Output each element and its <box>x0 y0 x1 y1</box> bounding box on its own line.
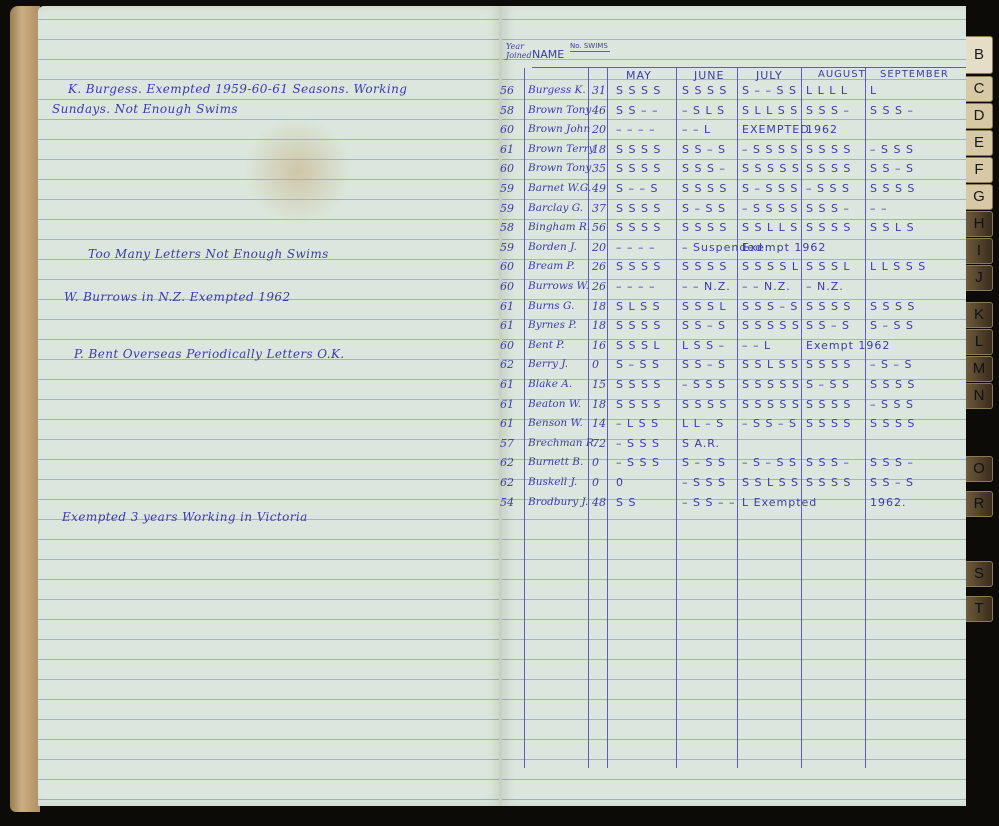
swims-count-cell: 18 <box>592 300 606 313</box>
notebook-cover-edge <box>10 6 40 812</box>
july-cell: S S L S S <box>742 476 799 489</box>
swims-count-cell: 14 <box>592 417 606 430</box>
year-joined-cell: 54 <box>500 496 514 509</box>
index-tab-n[interactable]: N <box>966 383 993 409</box>
note-too-many-letters: Too Many Letters Not Enough Swims <box>88 247 329 261</box>
july-cell: S S S S L <box>742 260 799 273</box>
september-cell: – S – S <box>870 358 912 371</box>
july-cell: S S S – S <box>742 300 798 313</box>
september-cell: S S – S <box>870 476 914 489</box>
september-cell: – S S S <box>870 398 914 411</box>
swims-count-cell: 56 <box>592 221 606 234</box>
member-name-cell: Barnet W.G. <box>528 182 591 194</box>
header-name: NAME <box>532 48 564 61</box>
year-joined-cell: 57 <box>500 437 514 450</box>
may-cell: S S S S <box>616 84 661 97</box>
august-cell: S S S S <box>806 398 851 411</box>
june-cell: – – N.Z. <box>682 280 731 293</box>
june-cell: S S – S <box>682 319 726 332</box>
header-month-june: JUNE <box>694 69 724 82</box>
september-cell: S S S S <box>870 300 915 313</box>
year-joined-cell: 56 <box>500 84 514 97</box>
column-rule <box>676 68 677 768</box>
august-cell: S S S S <box>806 162 851 175</box>
july-cell: Exempt 1962 <box>742 241 826 254</box>
may-cell: S S S S <box>616 378 661 391</box>
august-cell: – S S S <box>806 182 850 195</box>
swims-count-cell: 0 <box>592 476 599 489</box>
august-cell: S S S L <box>806 260 851 273</box>
year-joined-cell: 60 <box>500 162 514 175</box>
may-cell: – – – – <box>616 280 656 293</box>
member-name-cell: Burnett B. <box>528 456 583 468</box>
member-name-cell: Buskell J. <box>528 476 577 488</box>
september-cell: S – S S <box>870 319 914 332</box>
index-tab-i[interactable]: I <box>966 238 993 264</box>
september-cell: – S S S <box>870 143 914 156</box>
september-cell: S S S S <box>870 417 915 430</box>
alphabet-index-tabs: B C D E F G H I J K L M N O R S T <box>966 6 994 806</box>
june-cell: S S – S <box>682 143 726 156</box>
july-cell: – – N.Z. <box>742 280 791 293</box>
june-cell: S S S – <box>682 162 726 175</box>
august-cell: S S S S <box>806 358 851 371</box>
year-joined-cell: 60 <box>500 123 514 136</box>
member-name-cell: Beaton W. <box>528 398 581 410</box>
june-cell: S S S S <box>682 221 727 234</box>
column-rule <box>801 68 802 768</box>
swims-count-cell: 20 <box>592 123 606 136</box>
header-swims: No. SWIMS <box>570 42 610 52</box>
june-cell: S S S L <box>682 300 727 313</box>
june-cell: L S S – <box>682 339 725 352</box>
may-cell: 0 <box>616 476 624 489</box>
september-cell: L L S S S <box>870 260 926 273</box>
year-joined-cell: 62 <box>500 358 514 371</box>
september-cell: 1962. <box>870 496 907 509</box>
year-joined-cell: 62 <box>500 456 514 469</box>
july-cell: – S – S S <box>742 456 797 469</box>
swims-count-cell: 49 <box>592 182 606 195</box>
notebook: K. Burgess. Exempted 1959-60-61 Seasons.… <box>10 6 992 818</box>
july-cell: S S S S S <box>742 162 800 175</box>
may-cell: S S S S <box>616 221 661 234</box>
may-cell: S S <box>616 496 636 509</box>
swims-count-cell: 35 <box>592 162 606 175</box>
year-joined-cell: 59 <box>500 202 514 215</box>
august-cell: S S S – <box>806 456 850 469</box>
index-tab-j[interactable]: J <box>966 265 993 291</box>
august-cell: 1962 <box>806 123 838 136</box>
september-cell: S S S S <box>870 378 915 391</box>
year-joined-cell: 58 <box>500 221 514 234</box>
swims-count-cell: 37 <box>592 202 606 215</box>
index-tab-c[interactable]: C <box>966 76 993 102</box>
july-cell: S – S S S <box>742 182 798 195</box>
may-cell: – S S S <box>616 456 660 469</box>
index-tab-t[interactable]: T <box>966 596 993 622</box>
member-name-cell: Barclay G. <box>528 202 583 214</box>
swims-count-cell: 0 <box>592 358 599 371</box>
september-cell: S S L S <box>870 221 915 234</box>
year-joined-cell: 61 <box>500 417 514 430</box>
swims-count-cell: 0 <box>592 456 599 469</box>
swims-count-cell: 18 <box>592 398 606 411</box>
left-page: K. Burgess. Exempted 1959-60-61 Seasons.… <box>38 6 502 806</box>
swims-count-cell: 26 <box>592 260 606 273</box>
year-joined-cell: 59 <box>500 182 514 195</box>
year-joined-cell: 62 <box>500 476 514 489</box>
index-tab-s[interactable]: S <box>966 561 993 587</box>
member-name-cell: Bent P. <box>528 339 565 351</box>
july-cell: – S S – S <box>742 417 797 430</box>
index-tab-o[interactable]: O <box>966 456 993 482</box>
may-cell: S S S S <box>616 143 661 156</box>
paper-stain <box>243 116 353 226</box>
swims-count-cell: 46 <box>592 104 606 117</box>
header-month-september: SEPTEMBER <box>880 69 949 80</box>
member-name-cell: Brechman R. <box>528 437 597 449</box>
swims-count-cell: 20 <box>592 241 606 254</box>
september-cell: S S S – <box>870 456 914 469</box>
swims-count-cell: 72 <box>592 437 606 450</box>
may-cell: S – – S <box>616 182 658 195</box>
member-name-cell: Byrnes P. <box>528 319 577 331</box>
index-tab-b[interactable]: B <box>966 36 993 74</box>
may-cell: S S – – <box>616 104 658 117</box>
year-joined-cell: 61 <box>500 378 514 391</box>
september-cell: S S S S <box>870 182 915 195</box>
index-tab-h[interactable]: H <box>966 211 993 237</box>
column-rule <box>524 68 525 768</box>
july-cell: – S S S S <box>742 202 798 215</box>
july-cell: L Exempted <box>742 496 817 509</box>
august-cell: S S S S <box>806 476 851 489</box>
member-name-cell: Brown Tony <box>528 104 591 116</box>
june-cell: – S S S <box>682 378 726 391</box>
header-month-august: AUGUST <box>818 69 866 80</box>
note-bent-overseas: P. Bent Overseas Periodically Letters O.… <box>74 347 345 361</box>
june-cell: S S S S <box>682 260 727 273</box>
index-tab-e[interactable]: E <box>966 130 993 156</box>
july-cell: S S L S S <box>742 358 799 371</box>
member-name-cell: Burrows W. <box>528 280 589 292</box>
member-name-cell: Burgess K. <box>528 84 586 96</box>
may-cell: S S S S <box>616 319 661 332</box>
header-year-joined: Year Joined <box>506 42 530 60</box>
member-name-cell: Borden J. <box>528 241 577 253</box>
header-month-may: MAY <box>626 69 652 82</box>
june-cell: – S S S <box>682 476 726 489</box>
august-cell: Exempt 1962 <box>806 339 890 352</box>
june-cell: S A.R. <box>682 437 720 450</box>
member-name-cell: Berry J. <box>528 358 568 370</box>
may-cell: S S S S <box>616 162 661 175</box>
member-name-cell: Brown John <box>528 123 590 135</box>
august-cell: S S S S <box>806 143 851 156</box>
june-cell: S S – S <box>682 358 726 371</box>
may-cell: – – – – <box>616 123 656 136</box>
may-cell: S S S S <box>616 202 661 215</box>
index-tab-f[interactable]: F <box>966 157 993 183</box>
swims-count-cell: 48 <box>592 496 606 509</box>
june-cell: S S S S <box>682 398 727 411</box>
index-tab-m[interactable]: M <box>966 356 993 382</box>
august-cell: S S S S <box>806 417 851 430</box>
august-cell: – N.Z. <box>806 280 844 293</box>
june-cell: S S S S <box>682 84 727 97</box>
may-cell: – L S S <box>616 417 659 430</box>
july-cell: S – – S S <box>742 84 797 97</box>
column-rule <box>865 68 866 768</box>
member-name-cell: Burns G. <box>528 300 574 312</box>
year-joined-cell: 60 <box>500 280 514 293</box>
member-name-cell: Benson W. <box>528 417 583 429</box>
july-cell: S S L L S <box>742 221 798 234</box>
member-name-cell: Bream P. <box>528 260 575 272</box>
year-joined-cell: 60 <box>500 260 514 273</box>
year-joined-cell: 61 <box>500 319 514 332</box>
september-cell: S S S – <box>870 104 914 117</box>
june-cell: S – S S <box>682 456 726 469</box>
august-cell: S S S S <box>806 300 851 313</box>
year-joined-cell: 60 <box>500 339 514 352</box>
note-burgess-line-2: Sundays. Not Enough Swims <box>52 102 238 116</box>
july-cell: S S S S S <box>742 319 800 332</box>
june-cell: S – S S <box>682 202 726 215</box>
june-cell: L L – S <box>682 417 724 430</box>
note-burrows-nz: W. Burrows in N.Z. Exempted 1962 <box>64 290 291 304</box>
september-cell: – – <box>870 202 888 215</box>
july-cell: S L L S S <box>742 104 798 117</box>
index-tab-g[interactable]: G <box>966 184 993 210</box>
swims-count-cell: 31 <box>592 84 606 97</box>
swims-count-cell: 15 <box>592 378 606 391</box>
column-rule <box>607 68 608 768</box>
august-cell: S – S S <box>806 378 850 391</box>
swims-count-cell: 16 <box>592 339 606 352</box>
member-name-cell: Blake A. <box>528 378 572 390</box>
note-exempted-victoria: Exempted 3 years Working in Victoria <box>62 510 308 524</box>
may-cell: – – – – <box>616 241 656 254</box>
may-cell: S – S S <box>616 358 660 371</box>
august-cell: S S S – <box>806 104 850 117</box>
august-cell: S S S S <box>806 221 851 234</box>
year-joined-cell: 61 <box>500 143 514 156</box>
index-tab-d[interactable]: D <box>966 103 993 129</box>
member-name-cell: Brown Tony <box>528 162 591 174</box>
year-joined-cell: 61 <box>500 300 514 313</box>
may-cell: S S S S <box>616 260 661 273</box>
june-cell: – S S – – <box>682 496 735 509</box>
june-cell: – – L <box>682 123 711 136</box>
may-cell: – S S S <box>616 437 660 450</box>
index-tab-k[interactable]: K <box>966 302 993 328</box>
september-cell: S S – S <box>870 162 914 175</box>
july-cell: EXEMPTED <box>742 123 810 136</box>
index-tab-r[interactable]: R <box>966 491 993 517</box>
note-burgess-line-1: K. Burgess. Exempted 1959-60-61 Seasons.… <box>68 82 407 96</box>
swims-count-cell: 26 <box>592 280 606 293</box>
june-cell: – S L S <box>682 104 725 117</box>
year-joined-cell: 58 <box>500 104 514 117</box>
may-cell: S S S L <box>616 339 661 352</box>
column-rule <box>737 68 738 768</box>
member-name-cell: Bingham R. <box>528 221 590 233</box>
member-name-cell: Brodbury J. <box>528 496 588 508</box>
july-cell: – – L <box>742 339 771 352</box>
may-cell: S S S S <box>616 398 661 411</box>
swims-count-cell: 18 <box>592 143 606 156</box>
june-cell: S S S S <box>682 182 727 195</box>
august-cell: L L L L <box>806 84 848 97</box>
index-tab-l[interactable]: L <box>966 329 993 355</box>
august-cell: S S S – <box>806 202 850 215</box>
july-cell: – S S S S <box>742 143 798 156</box>
year-joined-cell: 61 <box>500 398 514 411</box>
may-cell: S L S S <box>616 300 661 313</box>
member-name-cell: Brown Terry <box>528 143 595 155</box>
header-month-july: JULY <box>756 69 783 82</box>
july-cell: S S S S S <box>742 398 800 411</box>
august-cell: S S – S <box>806 319 850 332</box>
july-cell: S S S S S <box>742 378 800 391</box>
year-joined-cell: 59 <box>500 241 514 254</box>
swims-count-cell: 18 <box>592 319 606 332</box>
september-cell: L <box>870 84 877 97</box>
